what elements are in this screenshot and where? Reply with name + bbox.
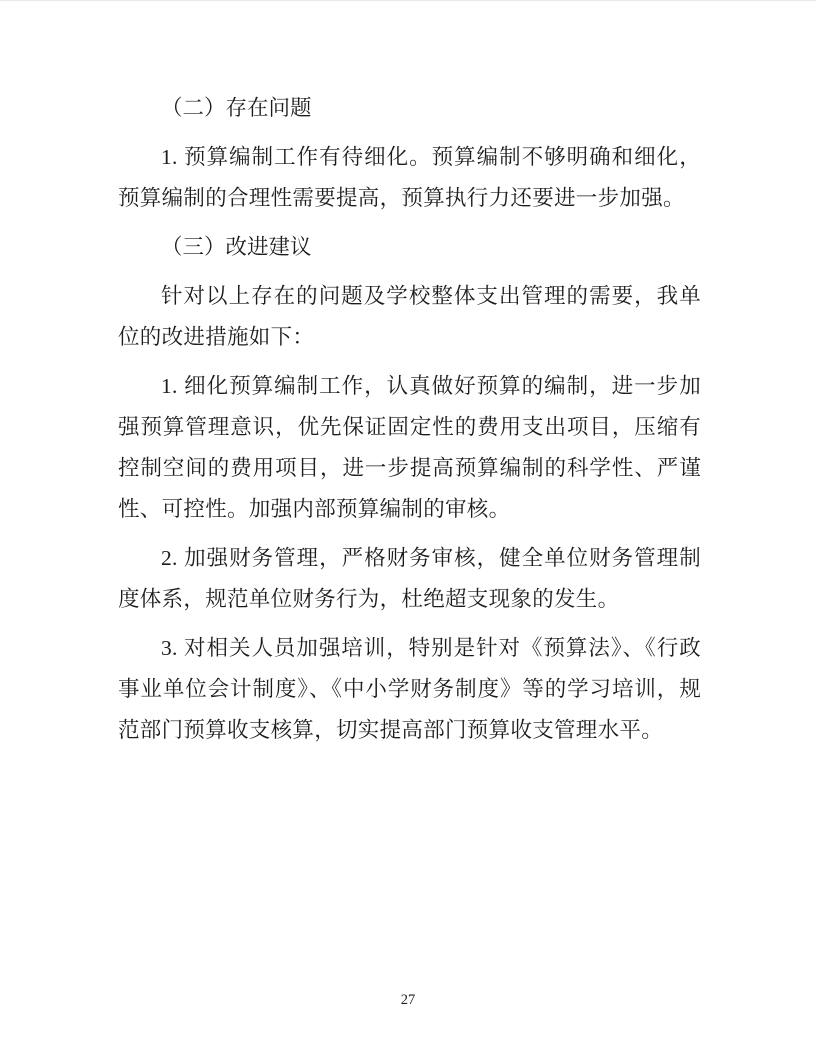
document-page: （二）存在问题 1. 预算编制工作有待细化。预算编制不够明确和细化，预算编制的合… [0,0,816,1056]
page-footer: 27 [0,989,816,1011]
paragraph-measure-2: 2. 加强财务管理，严格财务审核，健全单位财务管理制度体系，规范单位财务行为，杜… [118,538,701,620]
section-heading-improvement-suggestions: （三）改进建议 [118,227,701,268]
section-heading-existing-problems: （二）存在问题 [118,88,701,129]
page-number: 27 [401,992,416,1008]
paragraph-improvement-intro: 针对以上存在的问题及学校整体支出管理的需要，我单位的改进措施如下： [118,276,701,358]
paragraph-problem-1: 1. 预算编制工作有待细化。预算编制不够明确和细化，预算编制的合理性需要提高，预… [118,137,701,219]
document-body: （二）存在问题 1. 预算编制工作有待细化。预算编制不够明确和细化，预算编制的合… [118,88,701,759]
paragraph-measure-1: 1. 细化预算编制工作，认真做好预算的编制，进一步加强预算管理意识，优先保证固定… [118,366,701,530]
paragraph-measure-3: 3. 对相关人员加强培训，特别是针对《预算法》、《行政事业单位会计制度》、《中小… [118,628,701,751]
page-top-edge [0,0,816,1]
